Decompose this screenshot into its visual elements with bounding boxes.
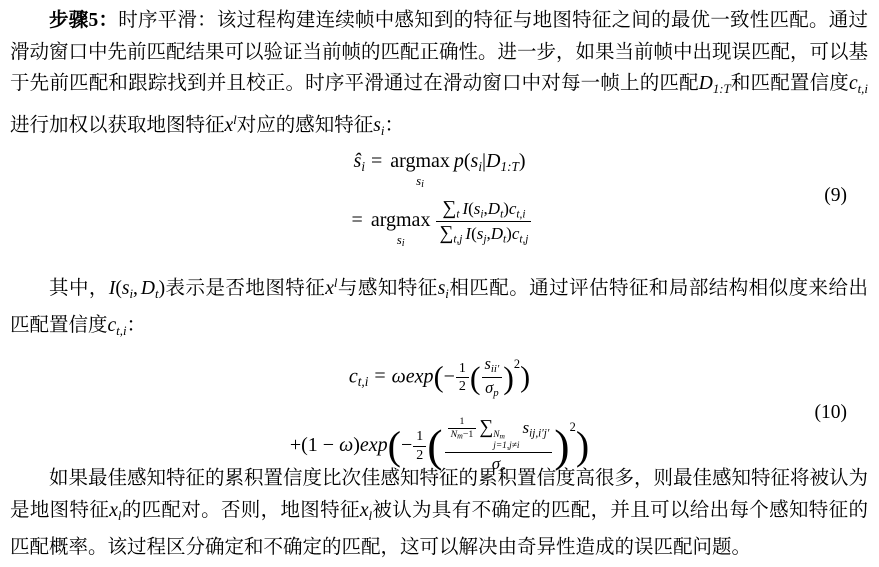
argmax-operator: argmaxsi [371,205,431,235]
denominator: σp [482,377,503,401]
sub: i [361,159,365,174]
minus-one: −1 [463,429,473,440]
sub: 1:T [713,82,731,96]
p1-text-4: 对应的感知特征 [237,115,374,136]
inline-math-xl: xl [360,500,372,521]
minus-sign: − [401,434,412,456]
sub: i [402,238,405,249]
op-name: argmax [390,150,450,172]
equals-sign: = [371,150,382,172]
minus-sign: − [444,365,455,387]
denominator: Nm−1 [448,428,477,441]
paren: ( [388,423,401,468]
fraction: ∑tI(si,Dt)ct,i∑t,jI(sj,Dt)ct,j [436,197,531,247]
eq9-line-2: =argmaxsi∑tI(si,Dt)ct,i∑t,jI(sj,Dt)ct,j [0,197,879,247]
p2-text-3: 与感知特征 [337,278,437,299]
op-name: argmax [371,209,431,231]
p1-text-2: 和匹配置信度 [731,73,849,94]
op-limit: si [397,234,405,249]
op-limit: si [416,175,424,190]
sum-icon: ∑ [479,417,493,438]
var: D [486,150,500,172]
var: x [325,278,334,299]
equation-9-number: (9) [824,185,847,207]
paren: ( [464,150,471,172]
paragraph-3: 如果最佳感知特征的累积置信度比次佳感知特征的累积置信度高很多，则最佳感知特征将被… [0,463,879,563]
eq9-line-1: ŝi=argmaxsip(si|D1:T) [0,146,879,182]
equation-10: ct,i=ωexp(−12(sii′σp)2) +(1 − ω)exp(−12(… [0,349,879,476]
fraction-inner: 1Nm−1 [448,416,477,442]
paren: ) [503,360,514,396]
fraction-half: 12 [413,428,426,464]
paragraph-2: 其中，I(si,Dt)表示是否地图特征xl与感知特征si相匹配。通过评估特征和局… [0,268,879,348]
var: D [141,278,155,299]
numerator: 1Nm−1∑Nmj=1,j≠isij,i′j′ [445,416,553,452]
sub: t [456,208,459,220]
numerator: 1 [413,428,426,446]
sub: t,i [358,374,369,389]
exp-label: exp [360,434,388,456]
fraction: sii′σp [482,354,503,401]
p2-text-2: 表示是否地图特征 [165,278,325,299]
var: D [488,199,500,218]
denominator: 2 [456,377,469,396]
sub: i [421,179,424,190]
p2-text-5: ： [127,315,147,336]
sub: m [499,432,504,441]
inline-math-si: si [438,278,449,299]
paren: ) [520,361,530,394]
var: σ [485,378,493,397]
numerator: ∑tI(si,Dt)ct,i [436,197,531,221]
sub: ii′ [491,364,499,376]
var: x [225,115,234,136]
p3-text-2: 的匹配对。否则，地图特征 [121,500,359,521]
sub: t,i [516,208,525,220]
p1-text-5: ： [384,115,404,136]
sub: ij,i′j′ [529,427,549,439]
sum-lower: j=1,j≠i [493,441,519,452]
numerator: 1 [448,416,477,428]
sub: p [493,387,498,399]
inline-math-xl: xl [225,115,237,136]
paren: ) [353,434,360,456]
sub: t,j [519,234,528,246]
inline-math-IsD: I(si,Dt) [109,278,165,299]
paren: ( [434,361,444,394]
sum-icon: ∑ [442,198,456,219]
var: D [699,73,713,94]
fraction-half: 12 [456,360,469,396]
inline-math-xl: xl [109,500,121,521]
comma: , [133,278,138,299]
paren: ) [576,423,589,468]
sub: t,i [858,82,868,96]
equation-9: ŝi=argmaxsip(si|D1:T) =argmaxsi∑tI(si,Dt… [0,146,879,247]
var-omega: ω [339,434,353,456]
equals-sign: = [374,365,385,387]
paragraph-1: 步骤5：时序平滑：该过程构建连续帧中感知到的特征与地图特征之间的最优一致性匹配。… [0,5,879,148]
sum-limits: Nmj=1,j≠i [493,430,519,452]
sub: 1:T [500,159,518,174]
inline-math-cti: ct,i [849,73,868,94]
step-label: 步骤5： [49,10,118,31]
inline-math-si: si [373,115,384,136]
equals-sign: = [352,209,363,231]
argmax-operator: argmaxsi [390,146,450,176]
sub: t,i [116,324,126,338]
var: x [109,500,118,521]
denominator: 2 [413,446,426,465]
p2-text-1: 其中， [49,278,109,299]
inline-math-cti: ct,i [108,315,127,336]
numerator: 1 [456,360,469,378]
inline-math-D1T: D1:T [699,73,731,94]
inline-math-xl: xl [325,278,337,299]
document-page: 步骤5：时序平滑：该过程构建连续帧中感知到的特征与地图特征之间的最优一致性匹配。… [0,0,879,567]
equation-10-number: (10) [815,402,848,424]
paren: ) [519,150,526,172]
var: D [491,224,503,243]
var-c: c [349,365,358,387]
sum-icon: ∑ [439,223,453,244]
var: s [373,115,381,136]
eq10-line-1: ct,i=ωexp(−12(sii′σp)2) [0,349,879,401]
var: c [108,315,117,336]
sub: t,j [453,234,462,246]
var-p: p [454,150,464,172]
var: c [849,73,858,94]
exp-label: exp [406,365,434,387]
numerator: sii′ [482,354,503,377]
sum-upper: Nm [493,430,505,441]
denominator: ∑t,jI(sj,Dt)ct,j [436,221,531,246]
var-omega: ω [392,365,406,387]
term-lead: +(1 − [290,434,339,456]
p1-text-3: 进行加权以获取地图特征 [10,115,225,136]
paren: ( [470,360,481,396]
